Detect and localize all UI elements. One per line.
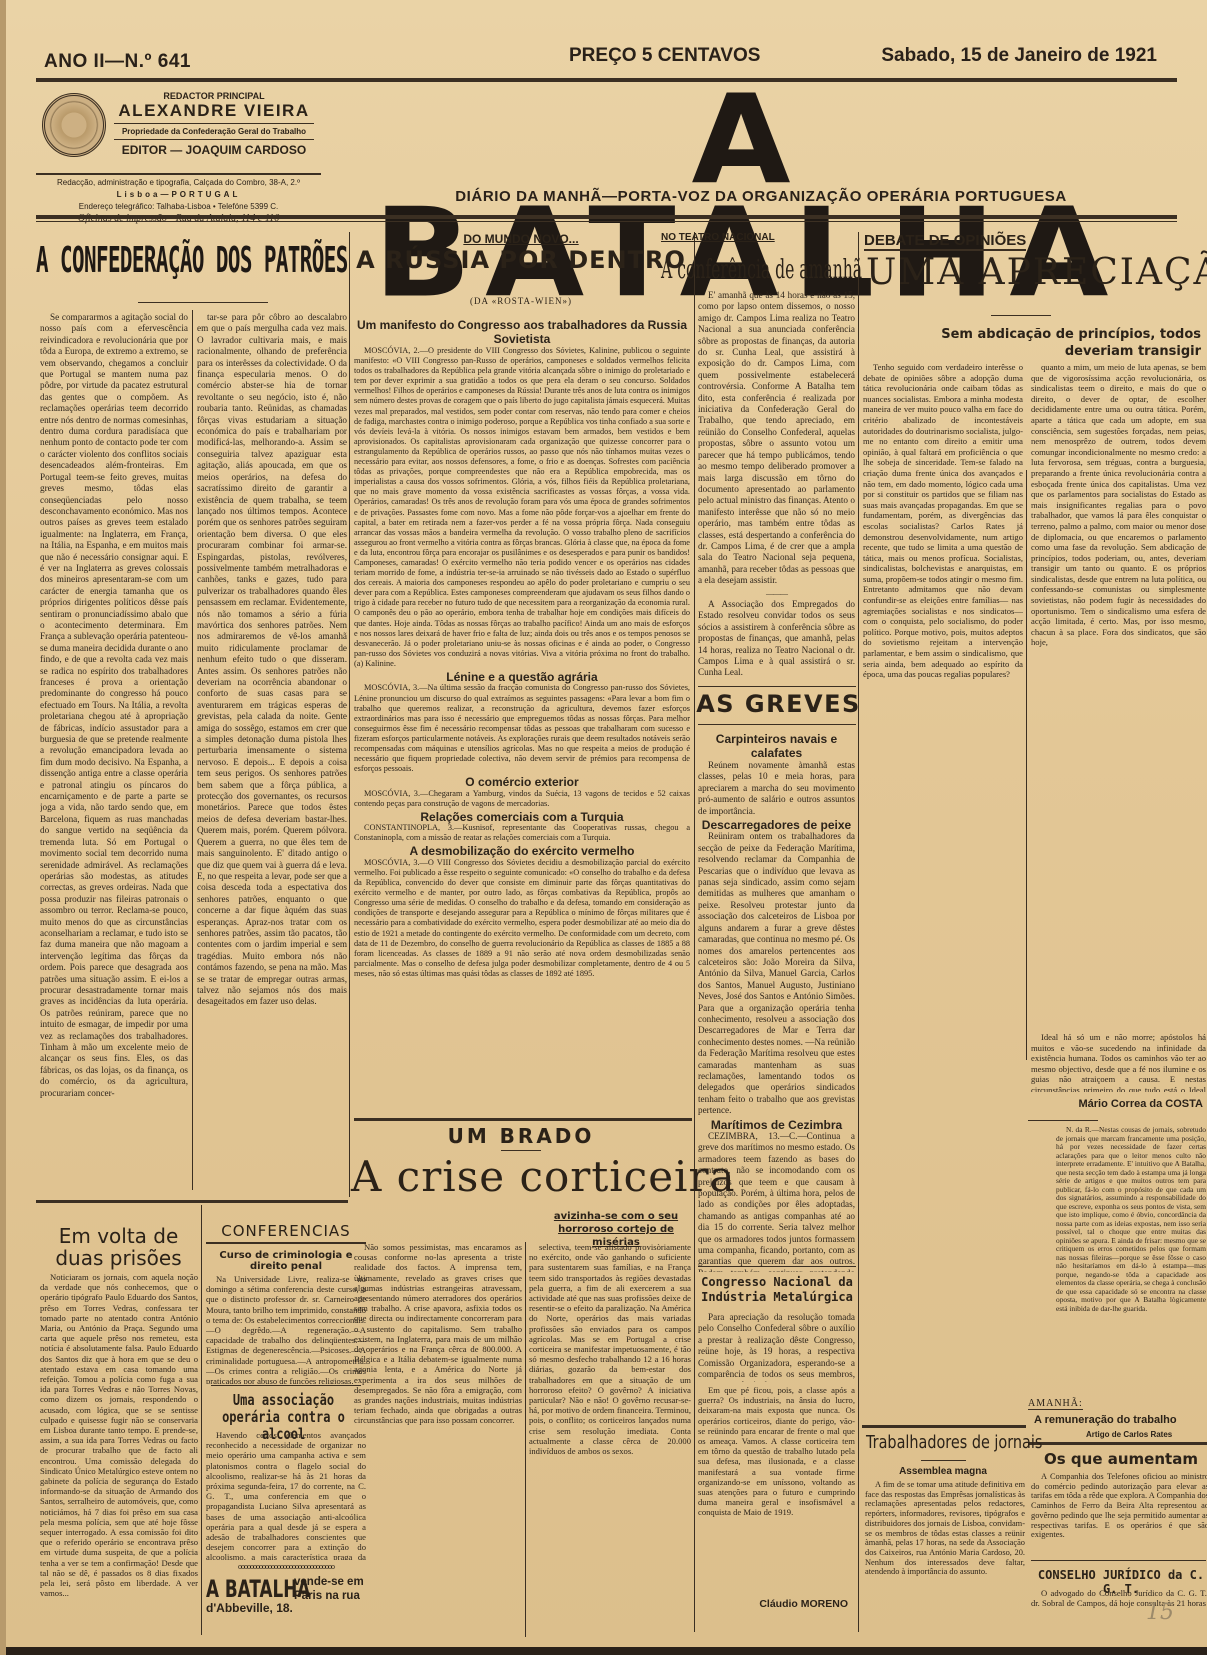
article-body: N. da R.—Nestas cousas de jornais, sobre…: [1056, 1126, 1206, 1313]
article-body: Para apreciação da resolução tomada pelo…: [698, 1312, 855, 1382]
masthead-info: REDACTOR PRINCIPAL ALEXANDRE VIEIRA Prop…: [36, 85, 316, 215]
crise-col3: Em que pé ficou, pois, a classe após a g…: [698, 1385, 855, 1585]
city: Lisboa—PORTUGAL: [36, 189, 321, 201]
article-body: Na Universidade Livre, realiza-se no dom…: [206, 1274, 366, 1384]
editor-line: EDITOR — JOAQUIM CARDOSO: [114, 140, 314, 157]
divider-ornament: oooooooooooooooooooooooooooooooo: [206, 1562, 366, 1571]
apreciacao-col3: Ideal há só um e não morre; apóstolos há…: [1031, 1032, 1206, 1092]
russia-section-title: Lénine e a questão agrária: [354, 672, 690, 683]
column-rule: [192, 310, 193, 1190]
article-body: Havendo certos elementos avançados recon…: [206, 1430, 366, 1560]
cgt-seal-icon: [42, 93, 106, 157]
confederacao-col2: tar-se para pôr côbro ao descalabro em q…: [197, 312, 347, 1192]
aumentam-body: A Companhia dos Telefones oficiou ao min…: [1031, 1472, 1207, 1562]
amanha-byline: Artigo de Carlos Rates: [1086, 1430, 1172, 1439]
divider: [698, 724, 856, 725]
apreciacao-col1: Tenho seguido com verdadeiro interêsse o…: [863, 362, 1023, 1420]
kicker-mundo-novo: DO MUNDO NOVO...: [351, 232, 691, 246]
conselho-body: O advogado do Conselho Jurídico da C. G.…: [1031, 1588, 1207, 1628]
kicker-debate: DEBATE DE OPINIÕES: [864, 232, 1026, 251]
signature-costa: Mário Correa da COSTA: [1031, 1098, 1203, 1110]
divider: [211, 1385, 361, 1386]
top-bar: ANO II—N.º 641 PREÇO 5 CENTAVOS Sabado, …: [36, 45, 1167, 75]
headline-confederacao: A CONFEDERAÇÃO DOS PATRÕES: [36, 240, 225, 282]
conferencias-subhead: Curso de criminologia e direito penal: [206, 1250, 366, 1272]
headline-congresso-metalurgica: Congresso Nacional da Indústria Metalúrg…: [698, 1275, 856, 1305]
kicker-teatro: NO TEATRO NACIONAL: [661, 232, 775, 243]
article-body: A Associação dos Empregados do Estado re…: [698, 599, 855, 679]
emvolta-body: Noticiaram os jornais, com aquela noção …: [40, 1272, 198, 1642]
confederacao-col1: Se compararmos a agitação social do noss…: [40, 312, 188, 1192]
headline-crise-corticeira: A crise corticeira: [351, 1152, 691, 1201]
column-rule: [349, 232, 350, 1197]
russia-section-title: O comércio exterior: [354, 777, 690, 788]
ad-batalha-paris: A BATALHA vende-se em Paris na rua d'Abb…: [206, 1575, 366, 1615]
article-body: Não somos pessimistas, mas encaramos as …: [354, 1242, 522, 1426]
divider: [501, 1150, 541, 1151]
amanha-title: A remuneração do trabalho: [1034, 1414, 1177, 1426]
telegraph: Endereço telegráfico: Talhaba-Lisboa • T…: [36, 201, 321, 213]
greves-section-title: Descarregadores de peixe: [698, 820, 855, 831]
russia-section-body: MOSCÓVIA, 2.—O presidente do VIII Congre…: [354, 346, 690, 669]
handwritten-note: 15: [1146, 1600, 1174, 1625]
jornais-subhead: Assemblea magna: [863, 1466, 1023, 1477]
section-rule: [862, 1425, 1026, 1428]
crise-col1: Não somos pessimistas, mas encaramos as …: [354, 1242, 522, 1637]
redactor-name: ALEXANDRE VIEIRA: [114, 101, 314, 124]
ad-address: d'Abbeville, 18.: [206, 1601, 366, 1615]
section-rule: [36, 1200, 348, 1203]
masthead-rule-thin: [36, 221, 1177, 222]
divider: [698, 686, 856, 687]
russia-section-body: CONSTANTINOPLA, 3.—Kusnisof, representan…: [354, 823, 690, 843]
greves-section-title: Marítimos de Cezimbra: [698, 1120, 855, 1131]
greves-section-title: Carpinteiros navais e calafates: [698, 732, 855, 760]
russia-section-body: MOSCÓVIA, 3.—Chegaram a Yamburg, vindos …: [354, 789, 690, 809]
divider: [1031, 1560, 1206, 1561]
conferencias-body: Na Universidade Livre, realiza-se no dom…: [206, 1274, 366, 1384]
congresso-body: Para apreciação da resolução tomada pelo…: [698, 1312, 855, 1382]
assoc-alcool-body: Havendo certos elementos avançados recon…: [206, 1430, 366, 1560]
headline-greves: AS GREVES: [696, 690, 861, 718]
article-body: quanto a mim, um meio de luta apenas, se…: [1031, 362, 1206, 648]
article-body: A Companhia dos Telefones oficiou ao min…: [1031, 1472, 1207, 1540]
headline-russia: A RÚSSIA POR DENTRO: [351, 246, 691, 274]
signature-moreno: Cláudio MORENO: [698, 1598, 848, 1610]
article-body: E' amanhã que às 14 horas e não às 15, c…: [698, 290, 855, 587]
issue-number: ANO II—N.º 641: [44, 51, 191, 73]
section-rule: [1028, 1442, 1207, 1445]
newspaper-title: A BATALHA: [318, 84, 1178, 197]
divider: [991, 315, 1051, 316]
top-rule: [36, 78, 1177, 82]
column-rule: [525, 1242, 526, 1637]
article-body: selectiva, teem-se alistado provisòriame…: [529, 1242, 691, 1456]
column-rule: [858, 232, 859, 1632]
crise-col2: selectiva, teem-se alistado provisòriame…: [529, 1242, 691, 1637]
apreciacao-deck: Sem abdicação de princípios, todos dever…: [886, 326, 1201, 360]
greves-section-body: Reúnem novamente àmanhã estas classes, p…: [698, 760, 855, 817]
divider: [1028, 1120, 1098, 1121]
headline-apreciacao: UMA APRECIAÇÃO: [866, 252, 1207, 293]
russia-section-title: Um manifesto do Congresso aos trabalhado…: [354, 318, 690, 346]
article-body: Ideal há só um e não morre; apóstolos há…: [1031, 1032, 1206, 1092]
amanha-label: AMANHÃ:: [1028, 1398, 1083, 1410]
article-body: Tenho seguido com verdadeiro interêsse o…: [863, 362, 1023, 680]
newspaper-subtitle: DIÁRIO DA MANHÃ—PORTA-VOZ DA ORGANIZAÇÃO…: [346, 188, 1176, 205]
headline-trabalhadores-jornais: Trabalhadores de jornais: [866, 1432, 1018, 1453]
article-body: Em que pé ficou, pois, a classe após a g…: [698, 1385, 855, 1518]
article-body: tar-se para pôr côbro ao descalabro em q…: [197, 312, 347, 1008]
divider: [921, 1460, 966, 1461]
divider-ornament: ———: [698, 588, 855, 599]
kicker-um-brado: UM BRADO: [351, 1124, 691, 1148]
masthead-rule: [36, 215, 1177, 219]
jornais-body: A fim de se tomar uma atitude definitiva…: [865, 1480, 1025, 1590]
price: PREÇO 5 CENTAVOS: [569, 45, 760, 67]
page-bottom-edge: [6, 1647, 1207, 1655]
russia-body: Um manifesto do Congresso aos trabalhado…: [354, 318, 690, 1118]
editor-note: N. da R.—Nestas cousas de jornais, sobre…: [1056, 1126, 1206, 1341]
article-body: A fim de se tomar uma atitude definitiva…: [865, 1480, 1025, 1577]
divider: [138, 302, 268, 303]
source-rosta: (DA «ROSTA-WIEN»): [351, 296, 691, 306]
russia-section-body: MOSCÓVIA, 3.—Na última sessão da fracção…: [354, 683, 690, 774]
headline-em-volta: Em volta de duas prisões: [36, 1225, 201, 1269]
russia-section-title: A desmobilização do exército vermelho: [354, 846, 690, 857]
greves-section-body: Reüniram ontem os trabalhadores da secçã…: [698, 831, 855, 1116]
article-body: Se compararmos a agitação social do noss…: [40, 312, 188, 1099]
headline-os-que-aumentam: Os que aumentam: [1031, 1450, 1207, 1468]
column-rule: [201, 1205, 202, 1635]
russia-section-title: Relações comerciais com a Turquia: [354, 812, 690, 823]
column-rule: [1026, 470, 1027, 1060]
column-rule: [694, 232, 695, 1632]
address: Redacção, administração e tipografia, Ca…: [36, 177, 321, 189]
article-body: Noticiaram os jornais, com aquela noção …: [40, 1272, 198, 1599]
teatro-body: E' amanhã que às 14 horas e não às 15, c…: [698, 290, 855, 688]
redactor-label: REDACTOR PRINCIPAL: [114, 91, 314, 101]
headline-conferencias: CONFERENCIAS: [206, 1222, 366, 1244]
divider: [698, 1266, 856, 1267]
headline-conferencia: A conferência de amanhã: [661, 255, 751, 285]
article-body: O advogado do Conselho Jurídico da C. G.…: [1031, 1588, 1207, 1608]
property-line: Propriedade da Confederação Geral do Tra…: [114, 124, 314, 140]
apreciacao-col2: quanto a mim, um meio de luta apenas, se…: [1031, 362, 1206, 1032]
issue-date: Sabado, 15 de Janeiro de 1921: [881, 45, 1157, 67]
ad-text: vende-se em Paris na rua: [294, 1575, 366, 1603]
russia-section-body: MOSCÓVIA, 3.—O VIII Congresso dos Sóviet…: [354, 858, 690, 979]
section-rule: [354, 1118, 692, 1121]
newspaper-page: ANO II—N.º 641 PREÇO 5 CENTAVOS Sabado, …: [0, 0, 1207, 1655]
